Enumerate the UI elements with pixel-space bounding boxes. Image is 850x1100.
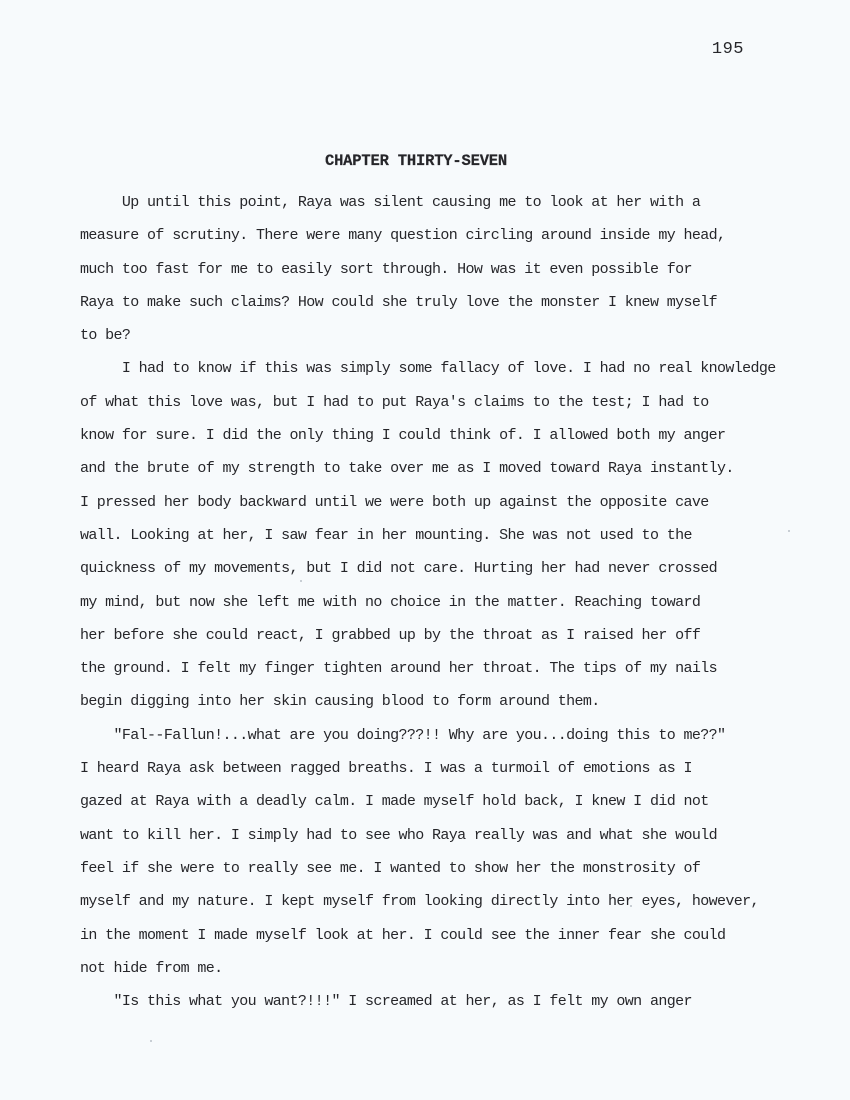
chapter-heading: CHAPTER THIRTY-SEVEN (0, 152, 832, 170)
text-line: myself and my nature. I kept myself from… (80, 885, 800, 918)
page-number: 195 (712, 40, 744, 59)
scan-speck (788, 530, 790, 532)
text-line: measure of scrutiny. There were many que… (80, 219, 800, 252)
text-line: my mind, but now she left me with no cho… (80, 586, 800, 619)
text-line: of what this love was, but I had to put … (80, 386, 800, 419)
text-line: and the brute of my strength to take ove… (80, 452, 800, 485)
text-line: to be? (80, 319, 800, 352)
scan-speck (630, 905, 632, 907)
text-line: I heard Raya ask between ragged breaths.… (80, 752, 800, 785)
text-line: I had to know if this was simply some fa… (80, 352, 800, 385)
text-line: want to kill her. I simply had to see wh… (80, 819, 800, 852)
text-line: "Is this what you want?!!!" I screamed a… (80, 985, 800, 1018)
text-line: wall. Looking at her, I saw fear in her … (80, 519, 800, 552)
text-line: begin digging into her skin causing bloo… (80, 685, 800, 718)
text-line: know for sure. I did the only thing I co… (80, 419, 800, 452)
text-line: I pressed her body backward until we wer… (80, 486, 800, 519)
scan-speck (150, 1040, 152, 1042)
text-line: Raya to make such claims? How could she … (80, 286, 800, 319)
scan-speck (300, 580, 302, 582)
text-line: in the moment I made myself look at her.… (80, 919, 800, 952)
text-line: feel if she were to really see me. I wan… (80, 852, 800, 885)
text-line: quickness of my movements, but I did not… (80, 552, 800, 585)
text-line: much too fast for me to easily sort thro… (80, 253, 800, 286)
text-line: not hide from me. (80, 952, 800, 985)
text-line: "Fal--Fallun!...what are you doing???!! … (80, 719, 800, 752)
text-line: Up until this point, Raya was silent cau… (80, 186, 800, 219)
manuscript-page: 195 CHAPTER THIRTY-SEVEN Up until this p… (0, 0, 850, 1100)
manuscript-body: Up until this point, Raya was silent cau… (80, 186, 800, 1018)
text-line: gazed at Raya with a deadly calm. I made… (80, 785, 800, 818)
text-line: her before she could react, I grabbed up… (80, 619, 800, 652)
text-line: the ground. I felt my finger tighten aro… (80, 652, 800, 685)
